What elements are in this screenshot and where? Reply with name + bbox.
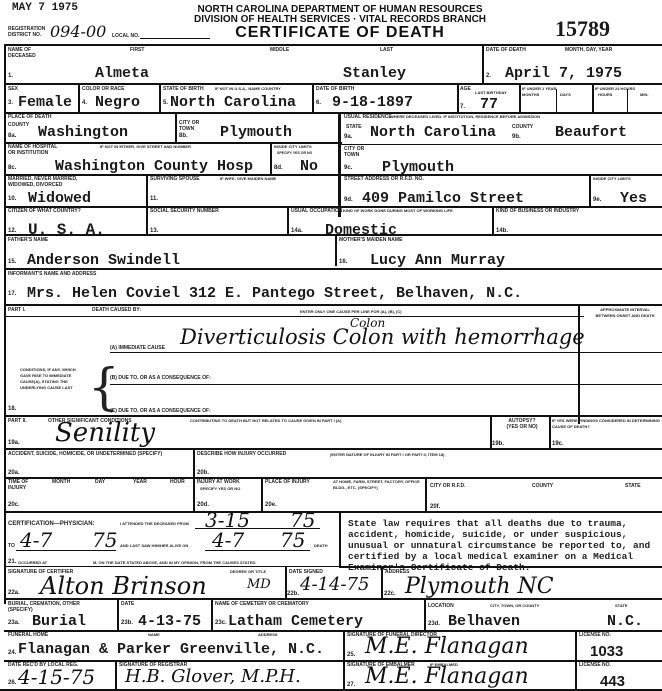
item-number: 27. <box>347 682 355 688</box>
funeral-name-sublabel: NAME <box>148 632 160 638</box>
item-number: 8c. <box>8 165 16 171</box>
item-number: 23d. <box>428 621 440 627</box>
local-no-label: LOCAL NO. <box>112 33 139 39</box>
injury-city-label: CITY OR R.F.D. <box>430 483 465 489</box>
funeral-address-sublabel: ADDRESS <box>258 632 278 638</box>
item-number: 23a. <box>8 620 20 626</box>
name-label: NAME OF DECEASED <box>8 47 48 59</box>
date-received-field: 4-15-75 <box>18 665 95 689</box>
spouse-sub: IF WIFE, GIVE MAIDEN NAME <box>220 176 276 182</box>
medical-examiner-notice: State law requires that all deaths due t… <box>348 518 656 573</box>
describe-injury-sub: (ENTER NATURE OF INJURY IN PART I OR PAR… <box>330 452 444 458</box>
time-of-injury-label: TIME OF INJURY <box>8 479 38 491</box>
date-of-death-label: DATE OF DEATH <box>486 47 526 53</box>
item-number: 8a. <box>8 133 16 139</box>
part2-label: PART II. <box>8 418 27 424</box>
marital-field: Widowed <box>28 190 91 207</box>
item-number: 20f. <box>430 504 440 510</box>
date-of-death-sub: MONTH, DAY, YEAR <box>565 47 612 53</box>
degree-field: MD <box>247 577 271 592</box>
registrar-signature: H.B. Glover, M.P.H. <box>125 666 301 687</box>
disposition-method-field: Burial <box>32 613 86 630</box>
informant-field: Mrs. Helen Coviel 312 E. Pantego Street,… <box>27 285 522 302</box>
res-inside-city-field: Yes <box>620 190 647 207</box>
director-signature: M.E. Flanagan <box>365 634 529 659</box>
interval-label: APPROXIMATE INTERVAL BETWEEN ONSET AND D… <box>590 307 660 319</box>
industry-label: KIND OF BUSINESS OR INDUSTRY <box>496 208 579 214</box>
sex-field: Female <box>18 94 72 111</box>
birth-state-field: North Carolina <box>170 94 296 111</box>
age-label: AGE <box>460 86 471 92</box>
item-number: 22a. <box>8 590 20 596</box>
funeral-home-label: FUNERAL HOME <box>8 632 48 638</box>
res-county-label: COUNTY <box>512 124 533 130</box>
to-label: TO <box>8 543 15 549</box>
month-label: MONTH <box>52 479 70 485</box>
disposition-date-field: 4-13-75 <box>138 613 201 630</box>
part1-label: PART I. <box>8 307 25 313</box>
mother-field: Lucy Ann Murray <box>370 252 505 269</box>
pod-county-label: COUNTY <box>8 122 29 128</box>
item-number: 18. <box>8 406 16 412</box>
item-number: 20b. <box>197 470 209 476</box>
item-number: 11. <box>150 196 158 202</box>
item-number: 23b. <box>121 620 133 626</box>
res-state-field: North Carolina <box>370 124 496 141</box>
degree-label: DEGREE OR TITLE <box>230 569 266 575</box>
autopsy-label: AUTOPSY? (YES OR NO) <box>502 418 542 430</box>
item-number: 9c. <box>344 165 352 171</box>
day-label: DAY <box>95 479 105 485</box>
pod-inside-city-sub: SPECIFY YES OR NO <box>277 150 312 156</box>
item-number: 9d. <box>344 197 353 203</box>
item-number: 9e. <box>593 197 601 203</box>
residence-sub: WHERE DECEASED LIVED. IF INSTITUTION, RE… <box>390 114 540 120</box>
immediate-cause-correction: Colon <box>350 316 385 330</box>
item-number: 26. <box>8 680 16 686</box>
brace-icon: { <box>88 362 120 412</box>
injury-county-label: COUNTY <box>532 483 553 489</box>
embalmer-license-label: LICENSE NO. <box>579 662 611 668</box>
res-inside-city-label: INSIDE CITY LIMITS <box>593 176 631 182</box>
marital-label: MARRIED, NEVER MARRIED, WIDOWED, DIVORCE… <box>8 176 88 188</box>
item-number: 19b. <box>492 441 504 447</box>
item-number: 20e. <box>265 502 277 508</box>
attended-label: I ATTENDED THE DECEASED FROM <box>120 521 189 527</box>
registration-district-label: REGISTRATION DISTRICT NO. <box>8 26 48 38</box>
item-number: 19a. <box>8 440 20 446</box>
res-city-label: CITY OR TOWN <box>344 146 366 158</box>
director-license-label: LICENSE NO. <box>579 632 611 638</box>
item-number: 17. <box>8 291 16 297</box>
disposition-method-label: BURIAL, CREMATION, OTHER (SPECIFY) <box>8 601 88 613</box>
item-number: 19c. <box>552 441 564 447</box>
res-street-label: STREET ADDRESS OR R.F.D. No. <box>344 176 424 182</box>
certificate-number: 15789 <box>555 16 610 42</box>
place-of-injury-sub: AT HOME, FARM, STREET, FACTORY, OFFICE B… <box>333 479 423 491</box>
hospital-sub: IF NOT IN EITHER, GIVE STREET AND NUMBER <box>100 144 191 150</box>
res-street-field: 409 Pamilco Street <box>362 190 524 207</box>
race-field: Negro <box>95 94 140 111</box>
citizen-label: CITIZEN OF WHAT COUNTRY? <box>8 208 81 214</box>
immediate-cause-label: (a) IMMEDIATE CAUSE <box>110 345 165 351</box>
item-number: 20a. <box>8 470 20 476</box>
item-number: 21. <box>8 559 16 565</box>
item-number: 4. <box>82 100 87 106</box>
pod-city-label: CITY OR TOWN <box>179 120 203 132</box>
received-stamp: MAY 7 1975 <box>12 2 78 14</box>
due-to-c-label: (c) DUE TO, OR AS A CONSEQUENCE OF: <box>110 408 211 414</box>
item-number: 25. <box>347 652 355 658</box>
first-label: FIRST <box>130 47 144 53</box>
father-field: Anderson Swindell <box>27 252 180 269</box>
item-number: 22c. <box>384 591 396 597</box>
hour-label: HOUR <box>170 479 185 485</box>
item-number: 23c. <box>215 620 227 626</box>
last-name-field: Stanley <box>343 65 406 82</box>
father-label: FATHER'S NAME <box>8 237 48 243</box>
dob-label: DATE OF BIRTH <box>316 86 354 92</box>
attended-to-year: 75 <box>92 528 117 552</box>
conditions-label: CONDITIONS, IF ANY, WHICH GAVE RISE TO I… <box>20 367 80 391</box>
birth-state-label: STATE OF BIRTH <box>163 86 204 92</box>
last-saw-label: AND LAST SAW HIM/HER ALIVE ON <box>120 543 188 549</box>
age-field: 77 <box>480 96 498 113</box>
injury-at-work-label: INJURY AT WORK <box>197 479 240 485</box>
cemetery-label: NAME OF CEMETERY OR CREMATORY <box>215 601 309 607</box>
location-field: Belhaven <box>448 613 520 630</box>
res-county-field: Beaufort <box>555 124 627 141</box>
due-to-b-label: (b) DUE TO, OR AS A CONSEQUENCE OF: <box>110 375 211 381</box>
item-number: 9b. <box>512 134 521 140</box>
enter-one-label: ENTER ONLY ONE CAUSE PER LINE FOR (a), (… <box>300 309 402 315</box>
describe-injury-label: DESCRIBE HOW INJURY OCCURRED <box>197 451 286 457</box>
injury-at-work-sub: SPECIFY YES OR NO <box>200 486 240 492</box>
hours-label: HOURS <box>598 92 612 98</box>
sex-label: SEX <box>8 86 18 92</box>
date-signed-field: 4-14-75 <box>300 574 369 595</box>
pod-inside-city-field: No <box>300 158 318 175</box>
item-number: 2. <box>486 73 491 79</box>
injury-state-label: STATE <box>625 483 641 489</box>
cemetery-field: Latham Cemetery <box>228 613 363 630</box>
residence-label: USUAL RESIDENCE <box>344 114 392 120</box>
findings-label: IF YES WERE FINDINGS CONSIDERED IN DETER… <box>552 418 660 430</box>
spouse-label: SURVIVING SPOUSE <box>150 176 200 182</box>
item-number: 20c. <box>8 502 20 508</box>
item-number: 10. <box>8 196 16 202</box>
dob-field: 9-18-1897 <box>332 94 413 111</box>
location-state-field: N.C. <box>607 613 643 630</box>
item-number: 6. <box>316 100 321 106</box>
document-title: CERTIFICATE OF DEATH <box>150 24 530 42</box>
year-label: YEAR <box>133 479 147 485</box>
location-label: LOCATION <box>428 603 454 609</box>
caused-by-label: DEATH CAUSED BY: <box>92 307 141 313</box>
hospital-label: NAME OF HOSPITAL OR INSTITUTION <box>8 144 58 156</box>
director-license-field: 1033 <box>590 643 623 660</box>
last-saw-year: 75 <box>280 528 305 552</box>
date-of-death-field: April 7, 1975 <box>505 65 622 82</box>
location-sub: CITY, TOWN, OR COUNTY <box>490 603 539 609</box>
item-number: 5. <box>163 100 168 106</box>
birth-state-sub: IF NOT IN U.S.A., NAME COUNTRY <box>215 86 281 92</box>
embalmer-signature: M.E. Flanagan <box>365 664 529 689</box>
item-number: 9a. <box>344 134 352 140</box>
months-label: MONTHS <box>522 92 539 98</box>
last-saw-date: 4-7 <box>212 528 244 552</box>
location-state-label: STATE <box>615 603 628 609</box>
min-label: MIN. <box>640 92 648 98</box>
hospital-field: Washington County Hosp <box>55 158 253 175</box>
other-conditions-sub: CONTRIBUTING TO DEATH BUT NOT RELATED TO… <box>190 418 341 424</box>
death-label: DEATH <box>314 543 327 549</box>
occupation-label: USUAL OCCUPATION <box>291 208 342 214</box>
item-number: 24. <box>8 650 16 656</box>
race-label: COLOR OR RACE <box>82 86 125 92</box>
last-label: LAST <box>380 47 393 53</box>
embalmer-license-field: 443 <box>600 673 625 690</box>
item-number: 8b. <box>179 133 188 139</box>
disposition-date-label: DATE <box>121 601 134 607</box>
pod-city-field: Plymouth <box>220 124 292 141</box>
res-state-label: STATE <box>346 124 362 130</box>
place-of-injury-label: PLACE OF INJURY <box>265 479 310 485</box>
accident-label: ACCIDENT, SUICIDE, HOMICIDE, OR UNDETERM… <box>8 451 188 457</box>
item-number: 7. <box>460 104 465 110</box>
middle-label: MIDDLE <box>270 47 289 53</box>
item-number: 3. <box>8 100 13 106</box>
other-conditions-field: Senility <box>55 418 155 448</box>
item-number: 1. <box>8 73 13 79</box>
place-of-death-label: PLACE OF DEATH <box>8 114 52 120</box>
certifier-address-field: Plymouth NC <box>405 574 554 599</box>
item-number: 15. <box>8 259 16 265</box>
mother-label: MOTHER'S MAIDEN NAME <box>339 237 402 243</box>
pod-county-field: Washington <box>38 124 128 141</box>
informant-label: INFORMANT'S NAME AND ADDRESS <box>8 271 96 277</box>
attended-to-date: 4-7 <box>20 528 52 552</box>
item-number: 16. <box>339 259 347 265</box>
registration-district-value: 094-00 <box>50 22 106 41</box>
first-name-field: Almeta <box>95 65 149 82</box>
ssn-label: SOCIAL SECURITY NUMBER <box>150 208 219 214</box>
certifier-signature: Alton Brinson <box>40 572 207 600</box>
item-number: 8d. <box>274 165 283 171</box>
certification-label: CERTIFICATION—PHYSICIAN: <box>8 521 95 527</box>
occupation-sub: KIND OF WORK DONE DURING MOST OF WORKING… <box>343 208 453 214</box>
item-number: 22b. <box>287 591 299 597</box>
funeral-home-field: Flanagan & Parker Greenville, N.C. <box>18 641 324 658</box>
days-label: DAYS <box>560 92 571 98</box>
